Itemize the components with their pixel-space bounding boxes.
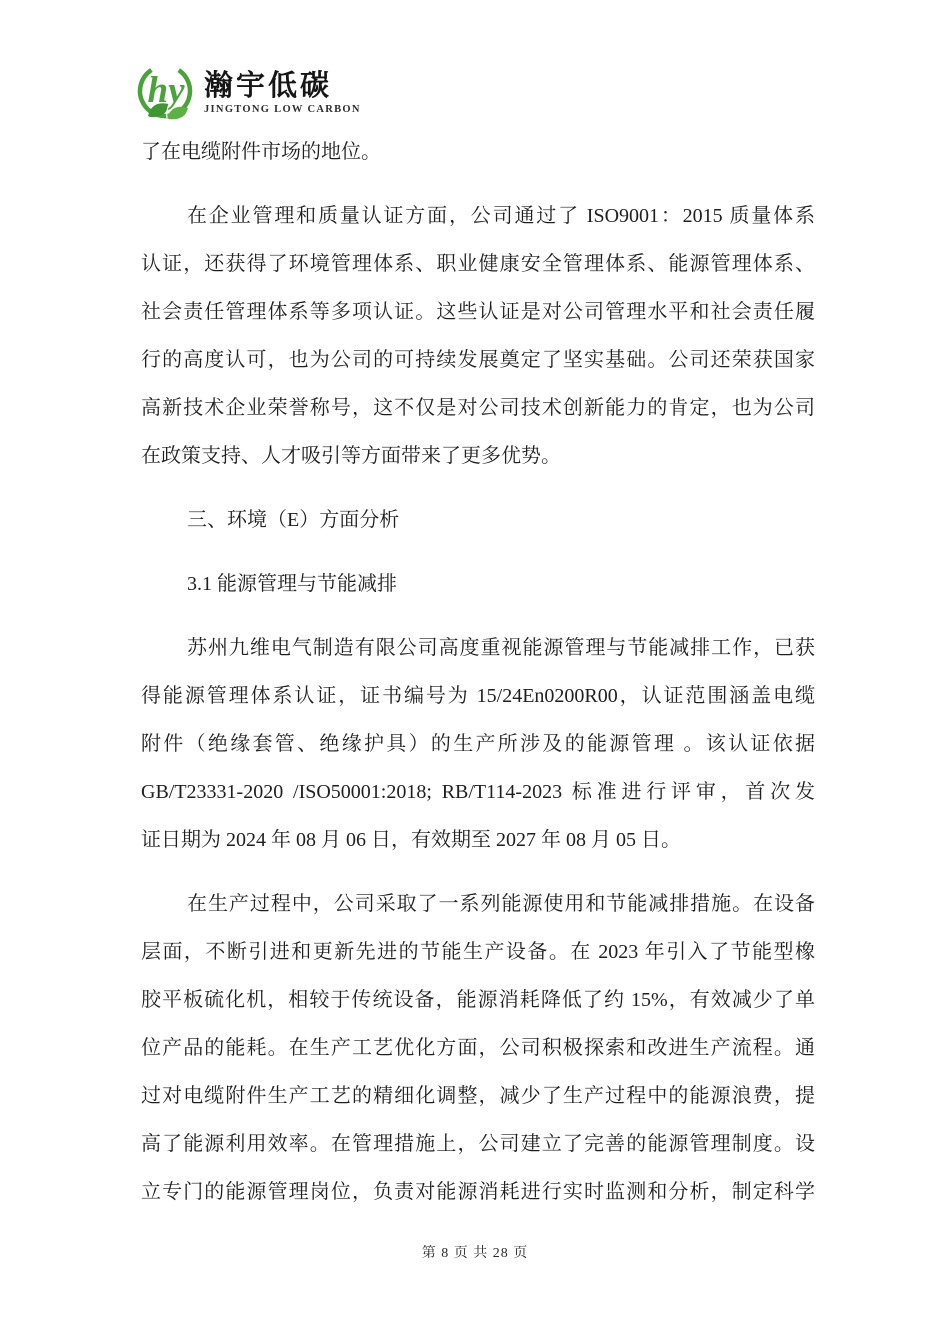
text-line: 苏州九维电气制造有限公司高度重视能源管理与节能减排工作，已获 bbox=[141, 624, 815, 672]
text-line: 附件（绝缘套管、绝缘护具）的生产所涉及的能源管理 。该认证依据 bbox=[141, 720, 815, 768]
document-page: hy 瀚宇低碳 JINGTONG LOW CARBON 了在电缆附件市场的地位。… bbox=[0, 0, 950, 1343]
text-line: 社会责任管理体系等多项认证。这些认证是对公司管理水平和社会责任履 bbox=[141, 288, 815, 336]
page-number: 第 8 页 共 28 页 bbox=[422, 1246, 529, 1261]
logo-leaf-circle-icon: hy bbox=[136, 60, 198, 130]
heading-3-1-energy: 3.1 能源管理与节能减排 bbox=[141, 560, 815, 608]
text-line: 得能源管理体系认证，证书编号为 15/24En0200R00，认证范围涵盖电缆 bbox=[141, 672, 815, 720]
text-line: GB/T23331-2020 /ISO50001:2018; RB/T114-2… bbox=[141, 768, 815, 816]
logo-text: 瀚宇低碳 JINGTONG LOW CARBON bbox=[204, 70, 361, 115]
text-line: 高新技术企业荣誉称号，这不仅是对公司技术创新能力的肯定，也为公司 bbox=[141, 384, 815, 432]
page-footer: 第 8 页 共 28 页 bbox=[0, 1242, 950, 1262]
logo-subtitle: JINGTONG LOW CARBON bbox=[204, 104, 361, 115]
text-line: 过对电缆附件生产工艺的精细化调整，减少了生产过程中的能源浪费，提 bbox=[141, 1072, 815, 1120]
text-line: 了在电缆附件市场的地位。 bbox=[141, 128, 815, 176]
text-line: 认证，还获得了环境管理体系、职业健康安全管理体系、能源管理体系、 bbox=[141, 240, 815, 288]
text-line: 位产品的能耗。在生产工艺优化方面，公司积极探索和改进生产流程。通 bbox=[141, 1024, 815, 1072]
logo-title: 瀚宇低碳 bbox=[204, 70, 361, 102]
text-line: 层面，不断引进和更新先进的节能生产设备。在 2023 年引入了节能型橡 bbox=[141, 928, 815, 976]
text-line: 高了能源利用效率。在管理措施上，公司建立了完善的能源管理制度。设 bbox=[141, 1120, 815, 1168]
company-logo: hy 瀚宇低碳 JINGTONG LOW CARBON bbox=[136, 60, 361, 130]
document-body: 了在电缆附件市场的地位。在企业管理和质量认证方面，公司通过了 ISO9001：2… bbox=[141, 128, 815, 1216]
para-energy-certificate: 苏州九维电气制造有限公司高度重视能源管理与节能减排工作，已获得能源管理体系认证，… bbox=[141, 624, 815, 864]
para-continued: 了在电缆附件市场的地位。 bbox=[141, 128, 815, 176]
text-line: 在企业管理和质量认证方面，公司通过了 ISO9001：2015 质量体系 bbox=[141, 192, 815, 240]
text-line: 三、环境（E）方面分析 bbox=[141, 496, 815, 544]
text-line: 在政策支持、人才吸引等方面带来了更多优势。 bbox=[141, 432, 815, 480]
heading-section-3-environment: 三、环境（E）方面分析 bbox=[141, 496, 815, 544]
para-certifications: 在企业管理和质量认证方面，公司通过了 ISO9001：2015 质量体系认证，还… bbox=[141, 192, 815, 480]
text-line: 立专门的能源管理岗位，负责对能源消耗进行实时监测和分析，制定科学 bbox=[141, 1168, 815, 1216]
text-line: 行的高度认可，也为公司的可持续发展奠定了坚实基础。公司还荣获国家 bbox=[141, 336, 815, 384]
text-line: 3.1 能源管理与节能减排 bbox=[141, 560, 815, 608]
text-line: 证日期为 2024 年 08 月 06 日，有效期至 2027 年 08 月 0… bbox=[141, 816, 815, 864]
text-line: 在生产过程中，公司采取了一系列能源使用和节能减排措施。在设备 bbox=[141, 880, 815, 928]
para-energy-measures: 在生产过程中，公司采取了一系列能源使用和节能减排措施。在设备层面，不断引进和更新… bbox=[141, 880, 815, 1216]
text-line: 胶平板硫化机，相较于传统设备，能源消耗降低了约 15%，有效减少了单 bbox=[141, 976, 815, 1024]
